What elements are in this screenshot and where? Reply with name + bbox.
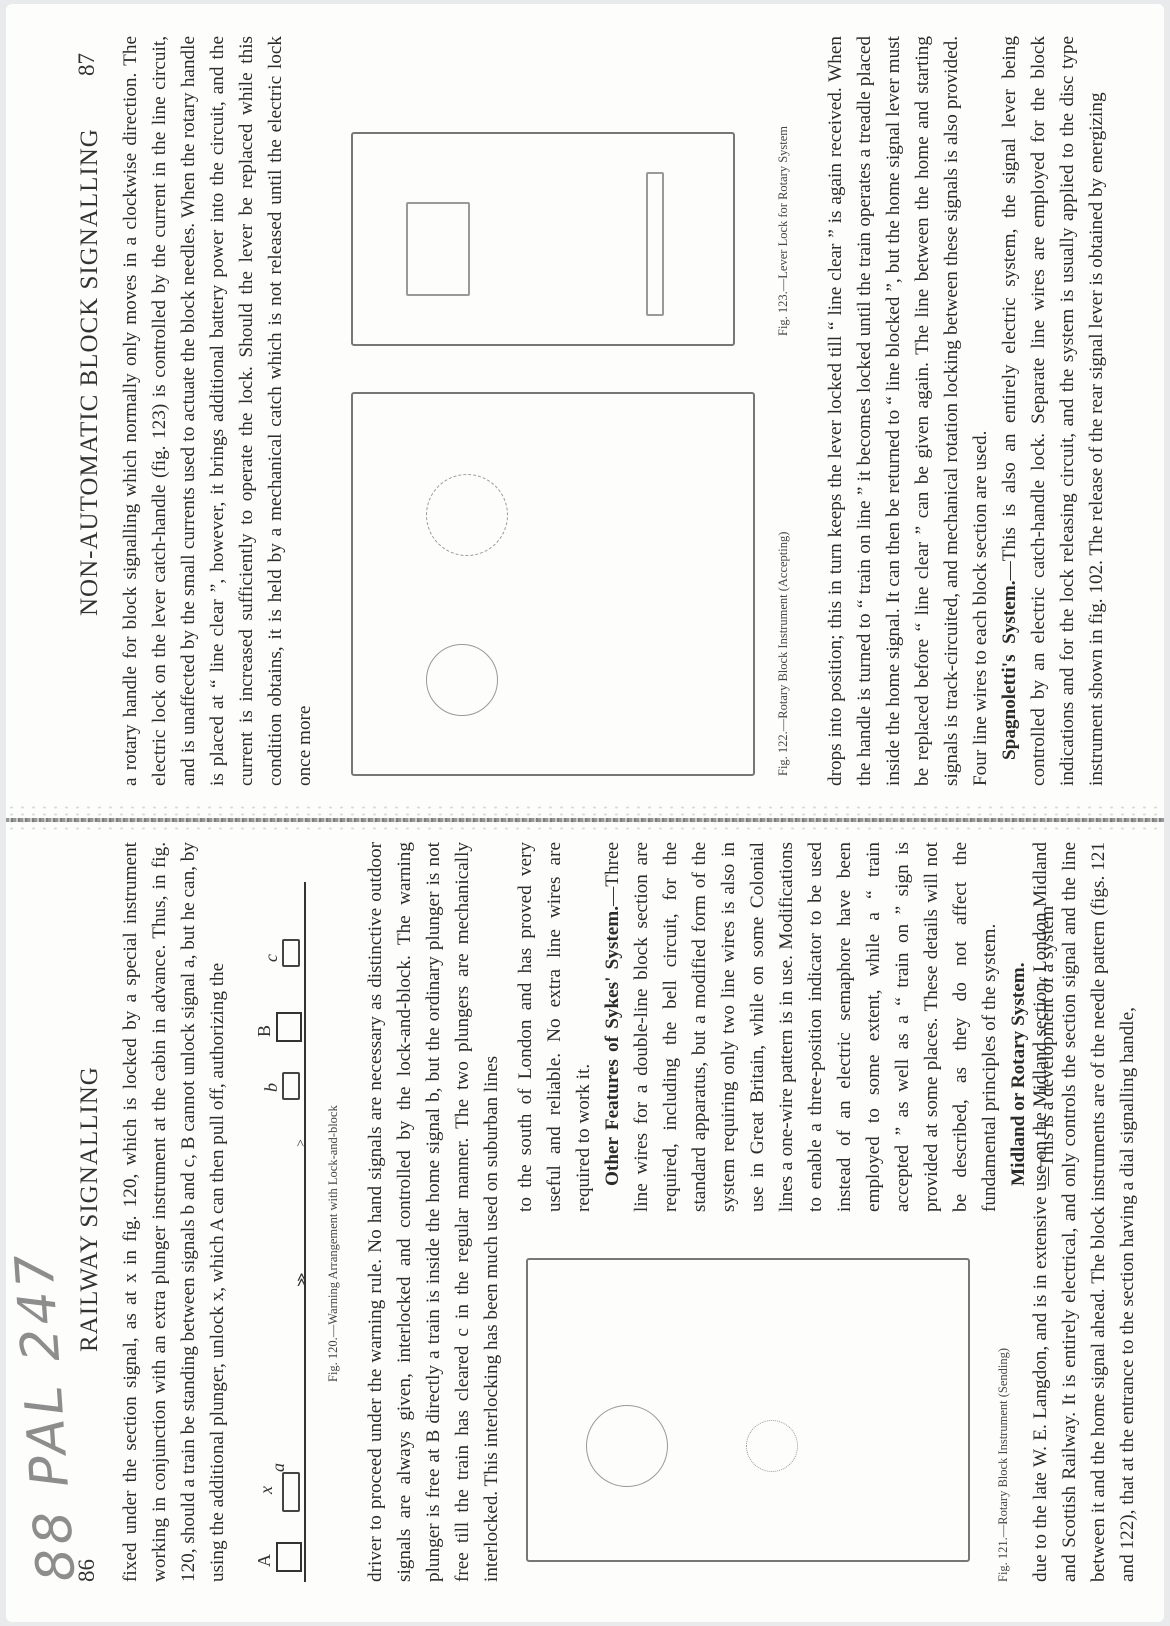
right-intro-paragraph: a rotary handle for block signalling whi… bbox=[116, 36, 319, 786]
fig-120-caption: Fig. 120.—Warning Arrangement with Lock-… bbox=[326, 1105, 341, 1382]
fig-122-caption: Fig. 122.—Rotary Block Instrument (Accep… bbox=[776, 532, 791, 776]
signal-c bbox=[282, 939, 300, 967]
signal-x-a bbox=[282, 1472, 300, 1512]
left-bottom-paragraph: due to the late W. E. Langdon, and is in… bbox=[1026, 842, 1142, 1582]
running-head-right: NON-AUTOMATIC BLOCK SIGNALLING bbox=[76, 128, 104, 616]
lever-lock-rod bbox=[646, 172, 664, 316]
label-a: a bbox=[268, 1463, 289, 1472]
label-x: x bbox=[256, 1486, 277, 1494]
left-driver-paragraph: driver to proceed under the warning rule… bbox=[361, 842, 506, 1582]
page-87: NON-AUTOMATIC BLOCK SIGNALLING 87 a rota… bbox=[6, 4, 1164, 816]
sykes-heading: Other Features of Sykes' System. bbox=[602, 906, 623, 1186]
dial-icon bbox=[426, 644, 498, 716]
dial-icon bbox=[586, 1405, 668, 1487]
fig-121-caption: Fig. 121.—Rotary Block Instrument (Sendi… bbox=[996, 1348, 1011, 1582]
right-lower-text: drops into position; this in turn keeps … bbox=[821, 36, 1111, 786]
signal-b bbox=[282, 1072, 300, 1100]
signal-box-B bbox=[276, 1012, 302, 1042]
left-intro-paragraph: fixed under the section signal, as at x … bbox=[116, 842, 232, 1582]
rotary-block-instrument-accepting bbox=[351, 392, 755, 776]
left-column-text: to the south of London and has proved ve… bbox=[511, 842, 1062, 1212]
page-86: 88 PAL 247 86 RAILWAY SIGNALLING fixed u… bbox=[6, 816, 1164, 1622]
arrow-icon: ≫ bbox=[294, 1272, 311, 1287]
dial-icon bbox=[746, 1420, 798, 1472]
book-spread: 88 PAL 247 86 RAILWAY SIGNALLING fixed u… bbox=[6, 4, 1164, 1622]
rotary-block-instrument-sending bbox=[526, 1258, 970, 1562]
spagnoletti-heading: Spagnoletti's System. bbox=[999, 580, 1020, 760]
label-B: B bbox=[254, 1025, 275, 1037]
running-head-left: RAILWAY SIGNALLING bbox=[76, 1066, 104, 1352]
book-gutter bbox=[6, 818, 1164, 822]
scanned-document-frame: 88 PAL 247 86 RAILWAY SIGNALLING fixed u… bbox=[6, 4, 1164, 1622]
signal-box-A bbox=[276, 1542, 302, 1572]
fig-123-caption: Fig. 123.—Lever Lock for Rotary System bbox=[776, 126, 791, 336]
arrow-icon: > bbox=[294, 1139, 310, 1147]
page-number-left: 86 bbox=[74, 1559, 100, 1582]
label-c: c bbox=[261, 954, 282, 962]
page-number-right: 87 bbox=[74, 53, 100, 76]
label-b: b bbox=[261, 1083, 282, 1092]
lever-lock-housing bbox=[406, 202, 470, 296]
line-clear-dial-icon bbox=[426, 474, 508, 556]
track-line bbox=[304, 882, 306, 1582]
label-A: A bbox=[254, 1554, 275, 1567]
